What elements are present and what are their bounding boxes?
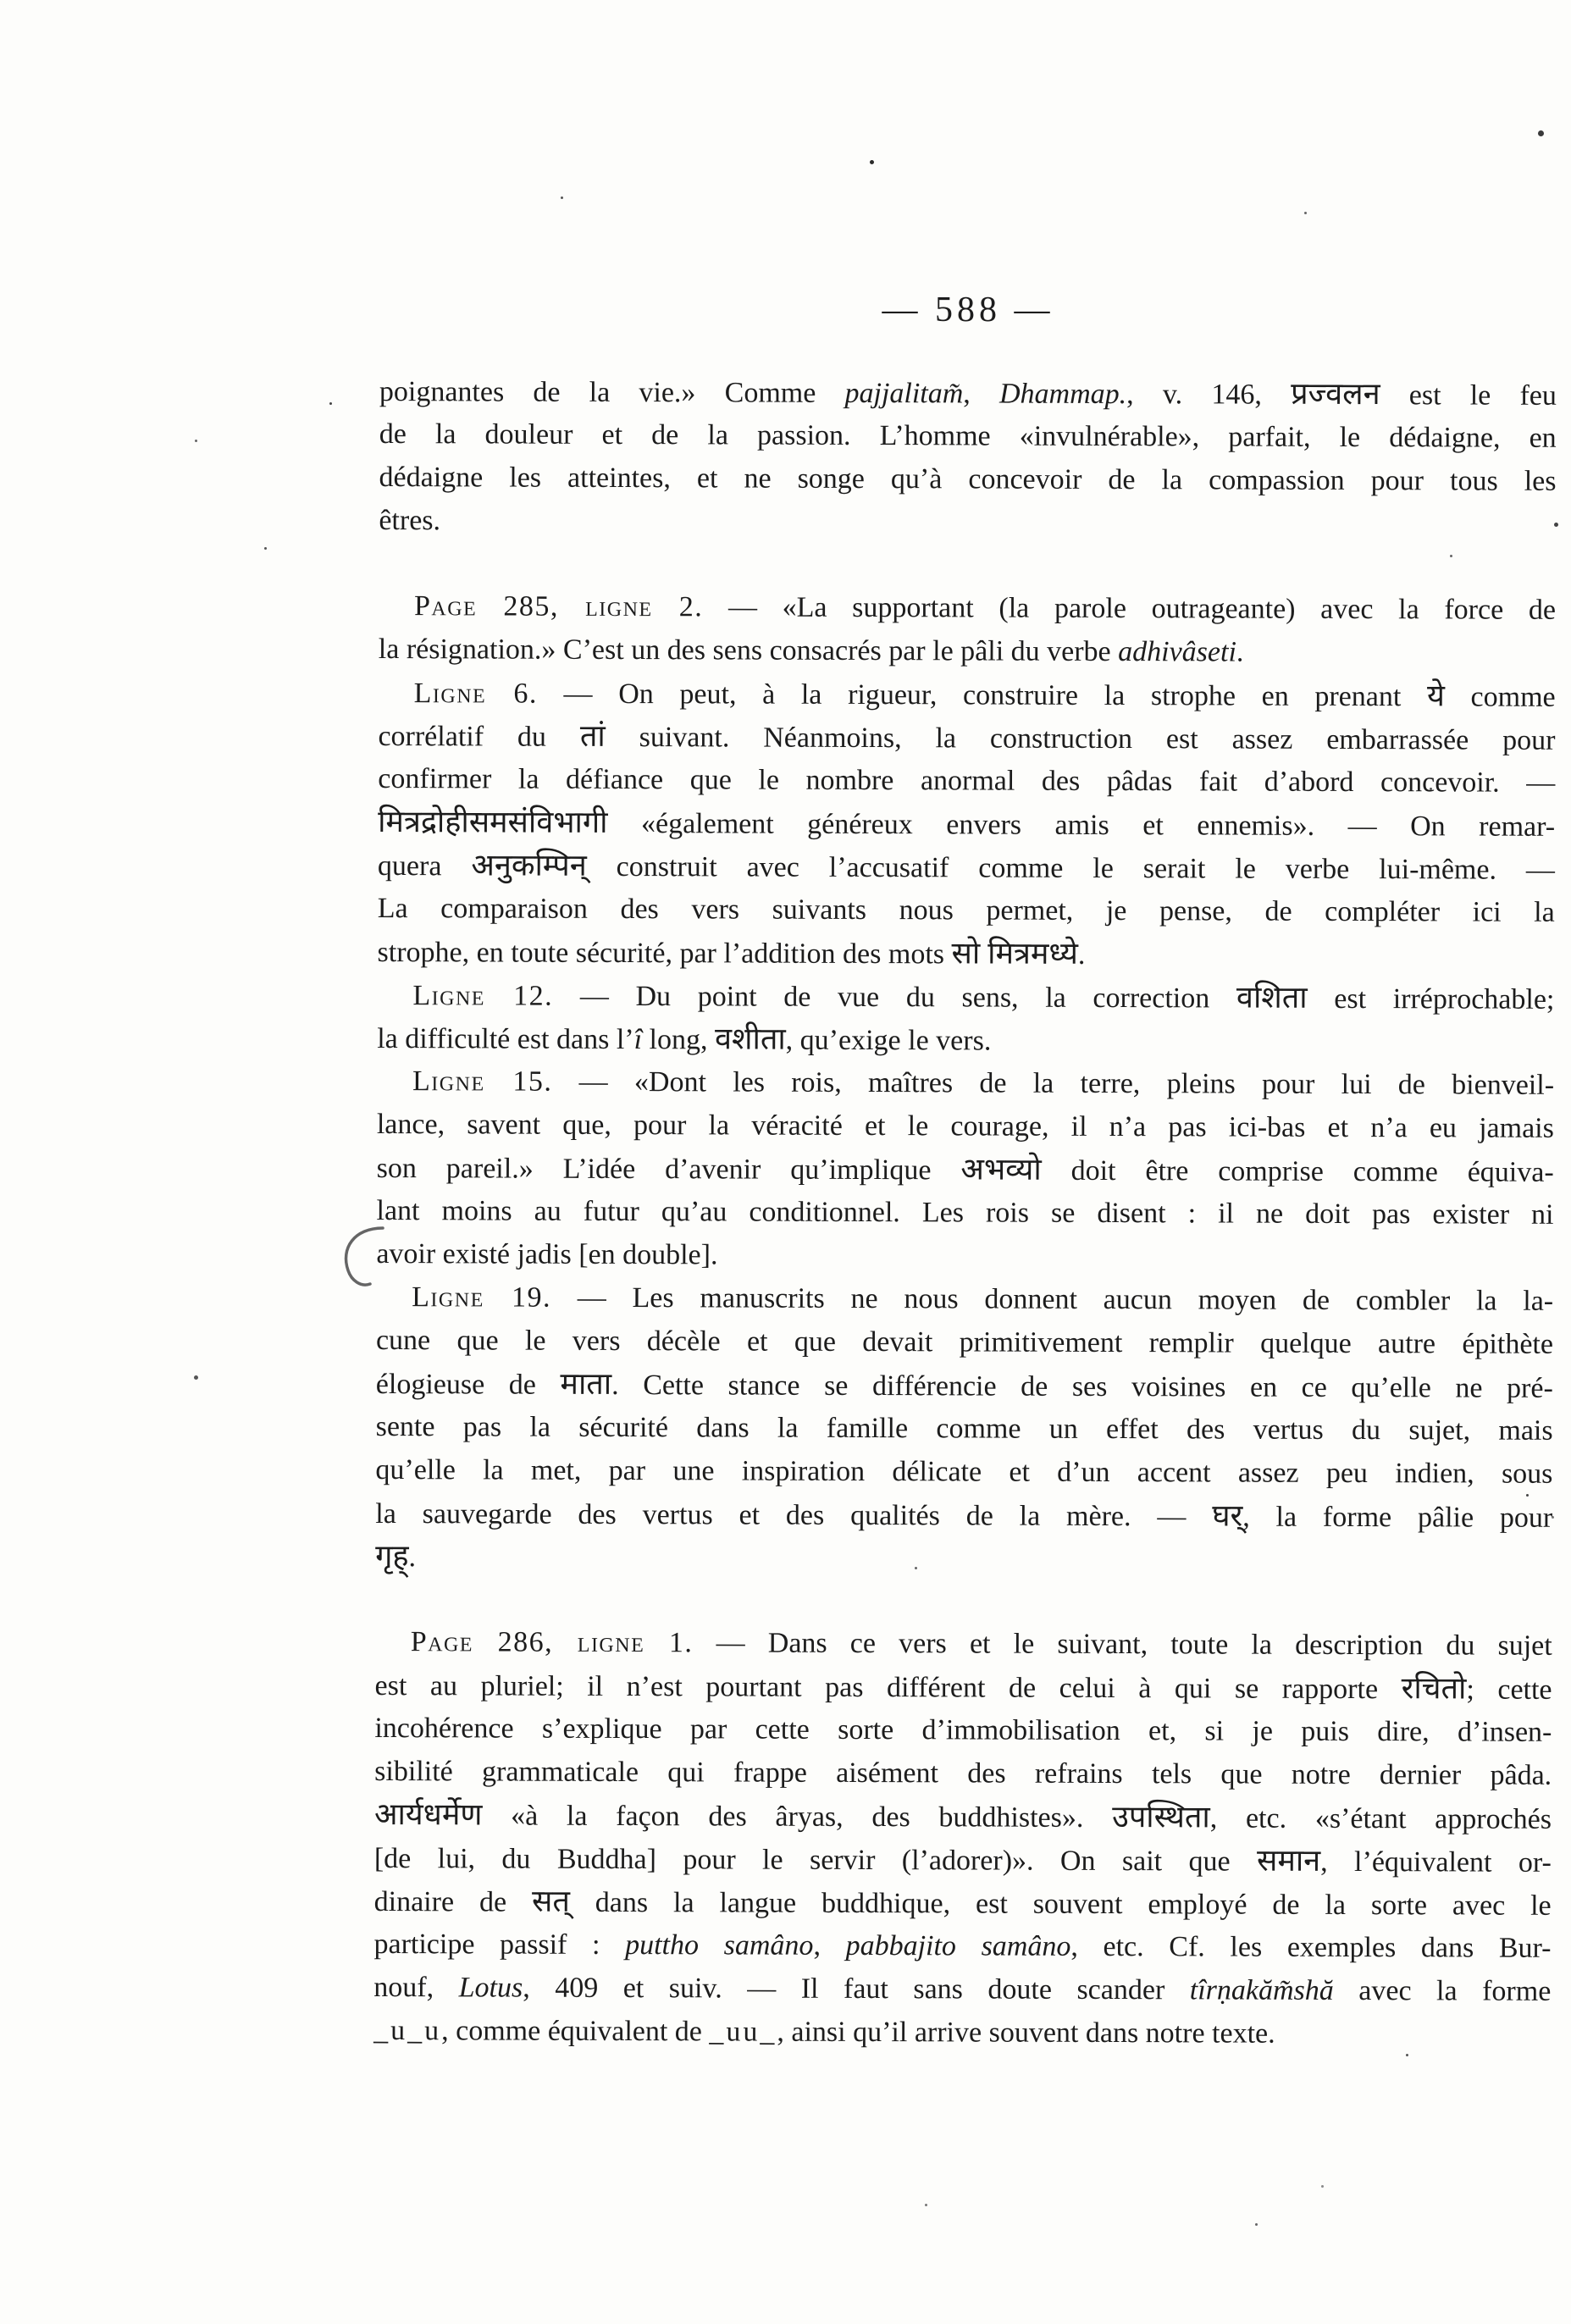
- text-line: la sauvegarde des vertus et des qualités…: [375, 1491, 1552, 1539]
- text-line: dinaire de सत् dans la langue buddhique,…: [374, 1879, 1552, 1927]
- devanagari-word: माता: [560, 1367, 611, 1401]
- text-run: corrélatif du: [378, 721, 580, 753]
- smallcaps-run: Ligne 19.: [412, 1281, 551, 1314]
- para-page-285-ligne-2: Page 285, ligne 2. — «La supportant (la …: [379, 584, 1556, 675]
- text-run: la difficulté est dans l’: [377, 1023, 634, 1055]
- text-run: poignantes de la vie.» Comme: [379, 376, 845, 409]
- text-line: La comparaison des vers suivants nous pe…: [378, 887, 1555, 934]
- page-number-header: — 588 —: [379, 290, 1557, 330]
- devanagari-word: रचितो: [1402, 1671, 1467, 1705]
- devanagari-word: प्रज्वलन: [1291, 377, 1380, 411]
- italic-run: pajjalitam̃: [844, 378, 963, 409]
- text-run: , comme équivalent de: [441, 2015, 709, 2047]
- text-run: [de lui, du Buddha] pour le servir (l’ad…: [374, 1843, 1257, 1878]
- text-line: lance, savent que, pour la véracité et l…: [377, 1103, 1554, 1150]
- text-run: la sauvegarde des vertus et des qualités…: [375, 1498, 1212, 1532]
- text-run: ,: [813, 1930, 845, 1962]
- text-line: êtres.: [379, 499, 1556, 546]
- text-line: sente pas la sécurité dans la famille co…: [376, 1405, 1553, 1452]
- italic-run: Lotus: [459, 1972, 523, 2003]
- text-run: dans la langue buddhique, est souvent em…: [570, 1887, 1552, 1922]
- text-run: ,: [963, 378, 999, 409]
- devanagari-word: आर्यधर्मेण: [374, 1797, 483, 1831]
- text-run: , la forme pâlie pour: [1242, 1502, 1552, 1534]
- italic-run: pabbajito samâno: [846, 1930, 1071, 1962]
- text-line: cune que le vers décèle et que devait pr…: [376, 1319, 1553, 1366]
- smallcaps-run: Ligne 15.: [412, 1065, 552, 1098]
- text-run: — Dans ce vers et le suivant, toute la d…: [693, 1627, 1552, 1662]
- devanagari-word: वशिता: [1236, 981, 1308, 1015]
- text-line: [de lui, du Buddha] pour le servir (l’ad…: [374, 1836, 1552, 1884]
- text-run: long,: [642, 1024, 715, 1055]
- text-line: dédaigne les atteintes, et ne songe qu’à…: [379, 456, 1556, 503]
- devanagari-word: वशीता: [715, 1021, 786, 1055]
- smallcaps-run: Ligne 6.: [414, 678, 538, 710]
- text-run: dinaire de: [374, 1886, 532, 1918]
- text-line: Ligne 6. — On peut, à la rigueur, constr…: [379, 671, 1556, 718]
- text-run: strophe, en toute sécurité, par l’additi…: [378, 937, 952, 970]
- text-line: poignantes de la vie.» Comme pajjalitam̃…: [379, 369, 1557, 417]
- para-ligne-19: Ligne 19. — Les manuscrits ne nous donne…: [375, 1275, 1553, 1582]
- text-line: corrélatif du तां suivant. Néanmoins, la…: [378, 714, 1555, 761]
- text-line: strophe, en toute sécurité, par l’additi…: [378, 930, 1555, 977]
- text-run: , etc. Cf. les exemples dans Bur-: [1070, 1931, 1551, 1964]
- metrical-notation: _u_u: [373, 2015, 441, 2046]
- text-line: _u_u, comme équivalent de _uu_, ainsi qu…: [373, 2009, 1551, 2056]
- devanagari-word: अभव्यो: [960, 1152, 1041, 1186]
- text-run: ; cette: [1466, 1674, 1552, 1705]
- text-run: cune que le vers décèle et que devait pr…: [376, 1325, 1553, 1360]
- devanagari-word: समान: [1257, 1844, 1320, 1878]
- text-line: avoir existé jadis [en double].: [376, 1232, 1553, 1280]
- text-run: lant moins au futur qu’au conditionnel. …: [376, 1195, 1553, 1231]
- text-run: qu’elle la met, par une inspiration déli…: [375, 1454, 1552, 1490]
- text-run: .: [1236, 637, 1244, 668]
- text-line: la résignation.» C’est un des sens consa…: [379, 628, 1556, 675]
- text-run: , ainsi qu’il arrive souvent dans notre …: [777, 2017, 1275, 2050]
- text-line: मित्रद्रोहीसमसंविभागी «également généreu…: [378, 800, 1555, 848]
- italic-run: puttho samâno: [625, 1929, 813, 1962]
- text-line: Page 285, ligne 2. — «La supportant (la …: [379, 584, 1556, 632]
- text-line: incohérence s’explique par cette sorte d…: [374, 1707, 1552, 1754]
- text-run: son pareil.» L’idée d’avenir qu’implique: [377, 1153, 961, 1186]
- text-run: confirmer la défiance que le nombre anor…: [378, 763, 1555, 799]
- text-run: «également généreux envers amis et ennem…: [607, 808, 1555, 843]
- text-line: गृह्.: [375, 1535, 1552, 1582]
- devanagari-word: तां: [580, 719, 606, 753]
- text-line: élogieuse de माता. Cette stance se diffé…: [376, 1362, 1553, 1409]
- text-run: dédaigne les atteintes, et ne songe qu’à…: [379, 462, 1556, 497]
- text-run: est au pluriel; il n’est pourtant pas di…: [375, 1670, 1402, 1705]
- para-page-286-ligne-1: Page 286, ligne 1. — Dans ce vers et le …: [373, 1620, 1552, 2056]
- devanagari-word: गृह्: [375, 1539, 409, 1573]
- text-line: la difficulté est dans l’î long, वशीता, …: [377, 1016, 1554, 1064]
- devanagari-word: सत्: [532, 1884, 570, 1918]
- text-run: , v. 146,: [1126, 379, 1291, 411]
- text-run: — On peut, à la rigueur, construire la s…: [538, 678, 1427, 713]
- text-run: — Du point de vue du sens, la correction: [553, 981, 1236, 1015]
- text-run: , qu’exige le vers.: [786, 1025, 992, 1057]
- text-run: nouf,: [373, 1972, 458, 2003]
- metrical-notation: _uu_: [709, 2016, 777, 2047]
- smallcaps-run: Ligne 12.: [412, 980, 553, 1012]
- text-run: .: [1078, 939, 1086, 971]
- text-run: est irréprochable;: [1308, 983, 1555, 1015]
- text-run: élogieuse de: [376, 1369, 561, 1401]
- italic-run: tîrṇakăm̃shă: [1190, 1974, 1334, 2006]
- text-run: avoir existé jadis [en double].: [376, 1238, 717, 1270]
- text-run: doit être comprise comme équiva-: [1042, 1155, 1554, 1188]
- text-line: son pareil.» L’idée d’avenir qu’implique…: [377, 1146, 1554, 1193]
- text-line: confirmer la défiance que le nombre anor…: [378, 757, 1555, 805]
- italic-run: î: [634, 1024, 643, 1055]
- para-ligne-15: Ligne 15. — «Dont les rois, maîtres de l…: [376, 1060, 1554, 1280]
- margin-pencil-mark: [335, 1221, 395, 1292]
- text-line: participe passif : puttho samâno, pabbaj…: [373, 1923, 1551, 1970]
- smallcaps-run: Page 286, ligne 1.: [411, 1626, 694, 1658]
- text-run: — Les manuscrits ne nous donnent aucun m…: [551, 1282, 1553, 1317]
- text-line: quera अनुकम्पिन् construit avec l’accusa…: [378, 844, 1555, 891]
- text-line: nouf, Lotus, 409 et suiv. — Il faut sans…: [373, 1966, 1551, 2013]
- text-line: est au pluriel; il n’est pourtant pas di…: [374, 1663, 1552, 1711]
- text-run: de la douleur et de la passion. L’homme …: [379, 418, 1557, 454]
- book-page: — 588 — poignantes de la vie.» Comme paj…: [0, 0, 1571, 2324]
- text-run: comme: [1445, 681, 1556, 712]
- text-run: participe passif :: [373, 1928, 625, 1961]
- text-line: Ligne 19. — Les manuscrits ne nous donne…: [376, 1275, 1553, 1323]
- text-run: . Cette stance se différencie de ses voi…: [611, 1369, 1553, 1404]
- devanagari-word: उपस्थिता: [1112, 1800, 1210, 1834]
- para-ligne-6: Ligne 6. — On peut, à la rigueur, constr…: [378, 671, 1556, 977]
- text-run: avec la forme: [1334, 1975, 1552, 2007]
- text-line: qu’elle la met, par une inspiration déli…: [375, 1448, 1552, 1496]
- devanagari-word: अनुकम्पिन्: [471, 848, 587, 882]
- smallcaps-run: Page 285, ligne 2.: [414, 590, 703, 622]
- text-line: sibilité grammaticale qui frappe aisémen…: [374, 1750, 1552, 1797]
- text-block: poignantes de la vie.» Comme pajjalitam̃…: [373, 369, 1557, 2056]
- text-run: construit avec l’accusatif comme le sera…: [587, 851, 1555, 886]
- text-line: Ligne 12. — Du point de vue du sens, la …: [377, 973, 1554, 1021]
- text-run: sibilité grammaticale qui frappe aisémen…: [374, 1756, 1552, 1791]
- italic-run: adhivâseti: [1118, 636, 1236, 667]
- text-line: de la douleur et de la passion. L’homme …: [379, 412, 1557, 460]
- text-run: est le feu: [1380, 379, 1557, 412]
- italic-run: Dhammap.: [999, 379, 1126, 411]
- para-ligne-12: Ligne 12. — Du point de vue du sens, la …: [377, 973, 1554, 1064]
- text-run: la résignation.» C’est un des sens consa…: [379, 634, 1118, 667]
- text-run: quera: [378, 850, 472, 882]
- text-run: , 409 et suiv. — Il faut sans doute scan…: [523, 1973, 1190, 2006]
- text-run: suivant. Néanmoins, la construction est …: [606, 722, 1556, 756]
- text-run: .: [408, 1541, 416, 1573]
- devanagari-word: मित्रद्रोहीसमसंविभागी: [378, 805, 608, 839]
- devanagari-word: सो मित्रमध्ये: [951, 936, 1077, 971]
- text-run: — «La supportant (la parole outrageante)…: [703, 591, 1556, 626]
- text-line: Ligne 15. — «Dont les rois, maîtres de l…: [377, 1060, 1554, 1107]
- text-line: lant moins au futur qu’au conditionnel. …: [376, 1189, 1553, 1237]
- text-run: — «Dont les rois, maîtres de la terre, p…: [552, 1066, 1554, 1101]
- text-run: , etc. «s’étant approchés: [1210, 1802, 1552, 1834]
- text-run: «à la façon des âryas, des buddhistes».: [482, 1800, 1112, 1834]
- text-line: Page 286, ligne 1. — Dans ce vers et le …: [375, 1620, 1552, 1668]
- text-run: lance, savent que, pour la véracité et l…: [377, 1109, 1554, 1144]
- text-run: êtres.: [379, 505, 440, 536]
- text-run: sente pas la sécurité dans la famille co…: [376, 1411, 1553, 1447]
- devanagari-word: घर्: [1212, 1498, 1242, 1532]
- para-continuation-top: poignantes de la vie.» Comme pajjalitam̃…: [379, 369, 1557, 546]
- text-line: आर्यधर्मेण «à la façon des âryas, des bu…: [374, 1793, 1552, 1840]
- text-run: La comparaison des vers suivants nous pe…: [378, 893, 1555, 928]
- devanagari-word: ये: [1427, 678, 1445, 712]
- text-run: incohérence s’explique par cette sorte d…: [374, 1713, 1552, 1748]
- scan-speckles: [0, 0, 3, 3]
- text-run: , l’équivalent or-: [1320, 1846, 1552, 1879]
